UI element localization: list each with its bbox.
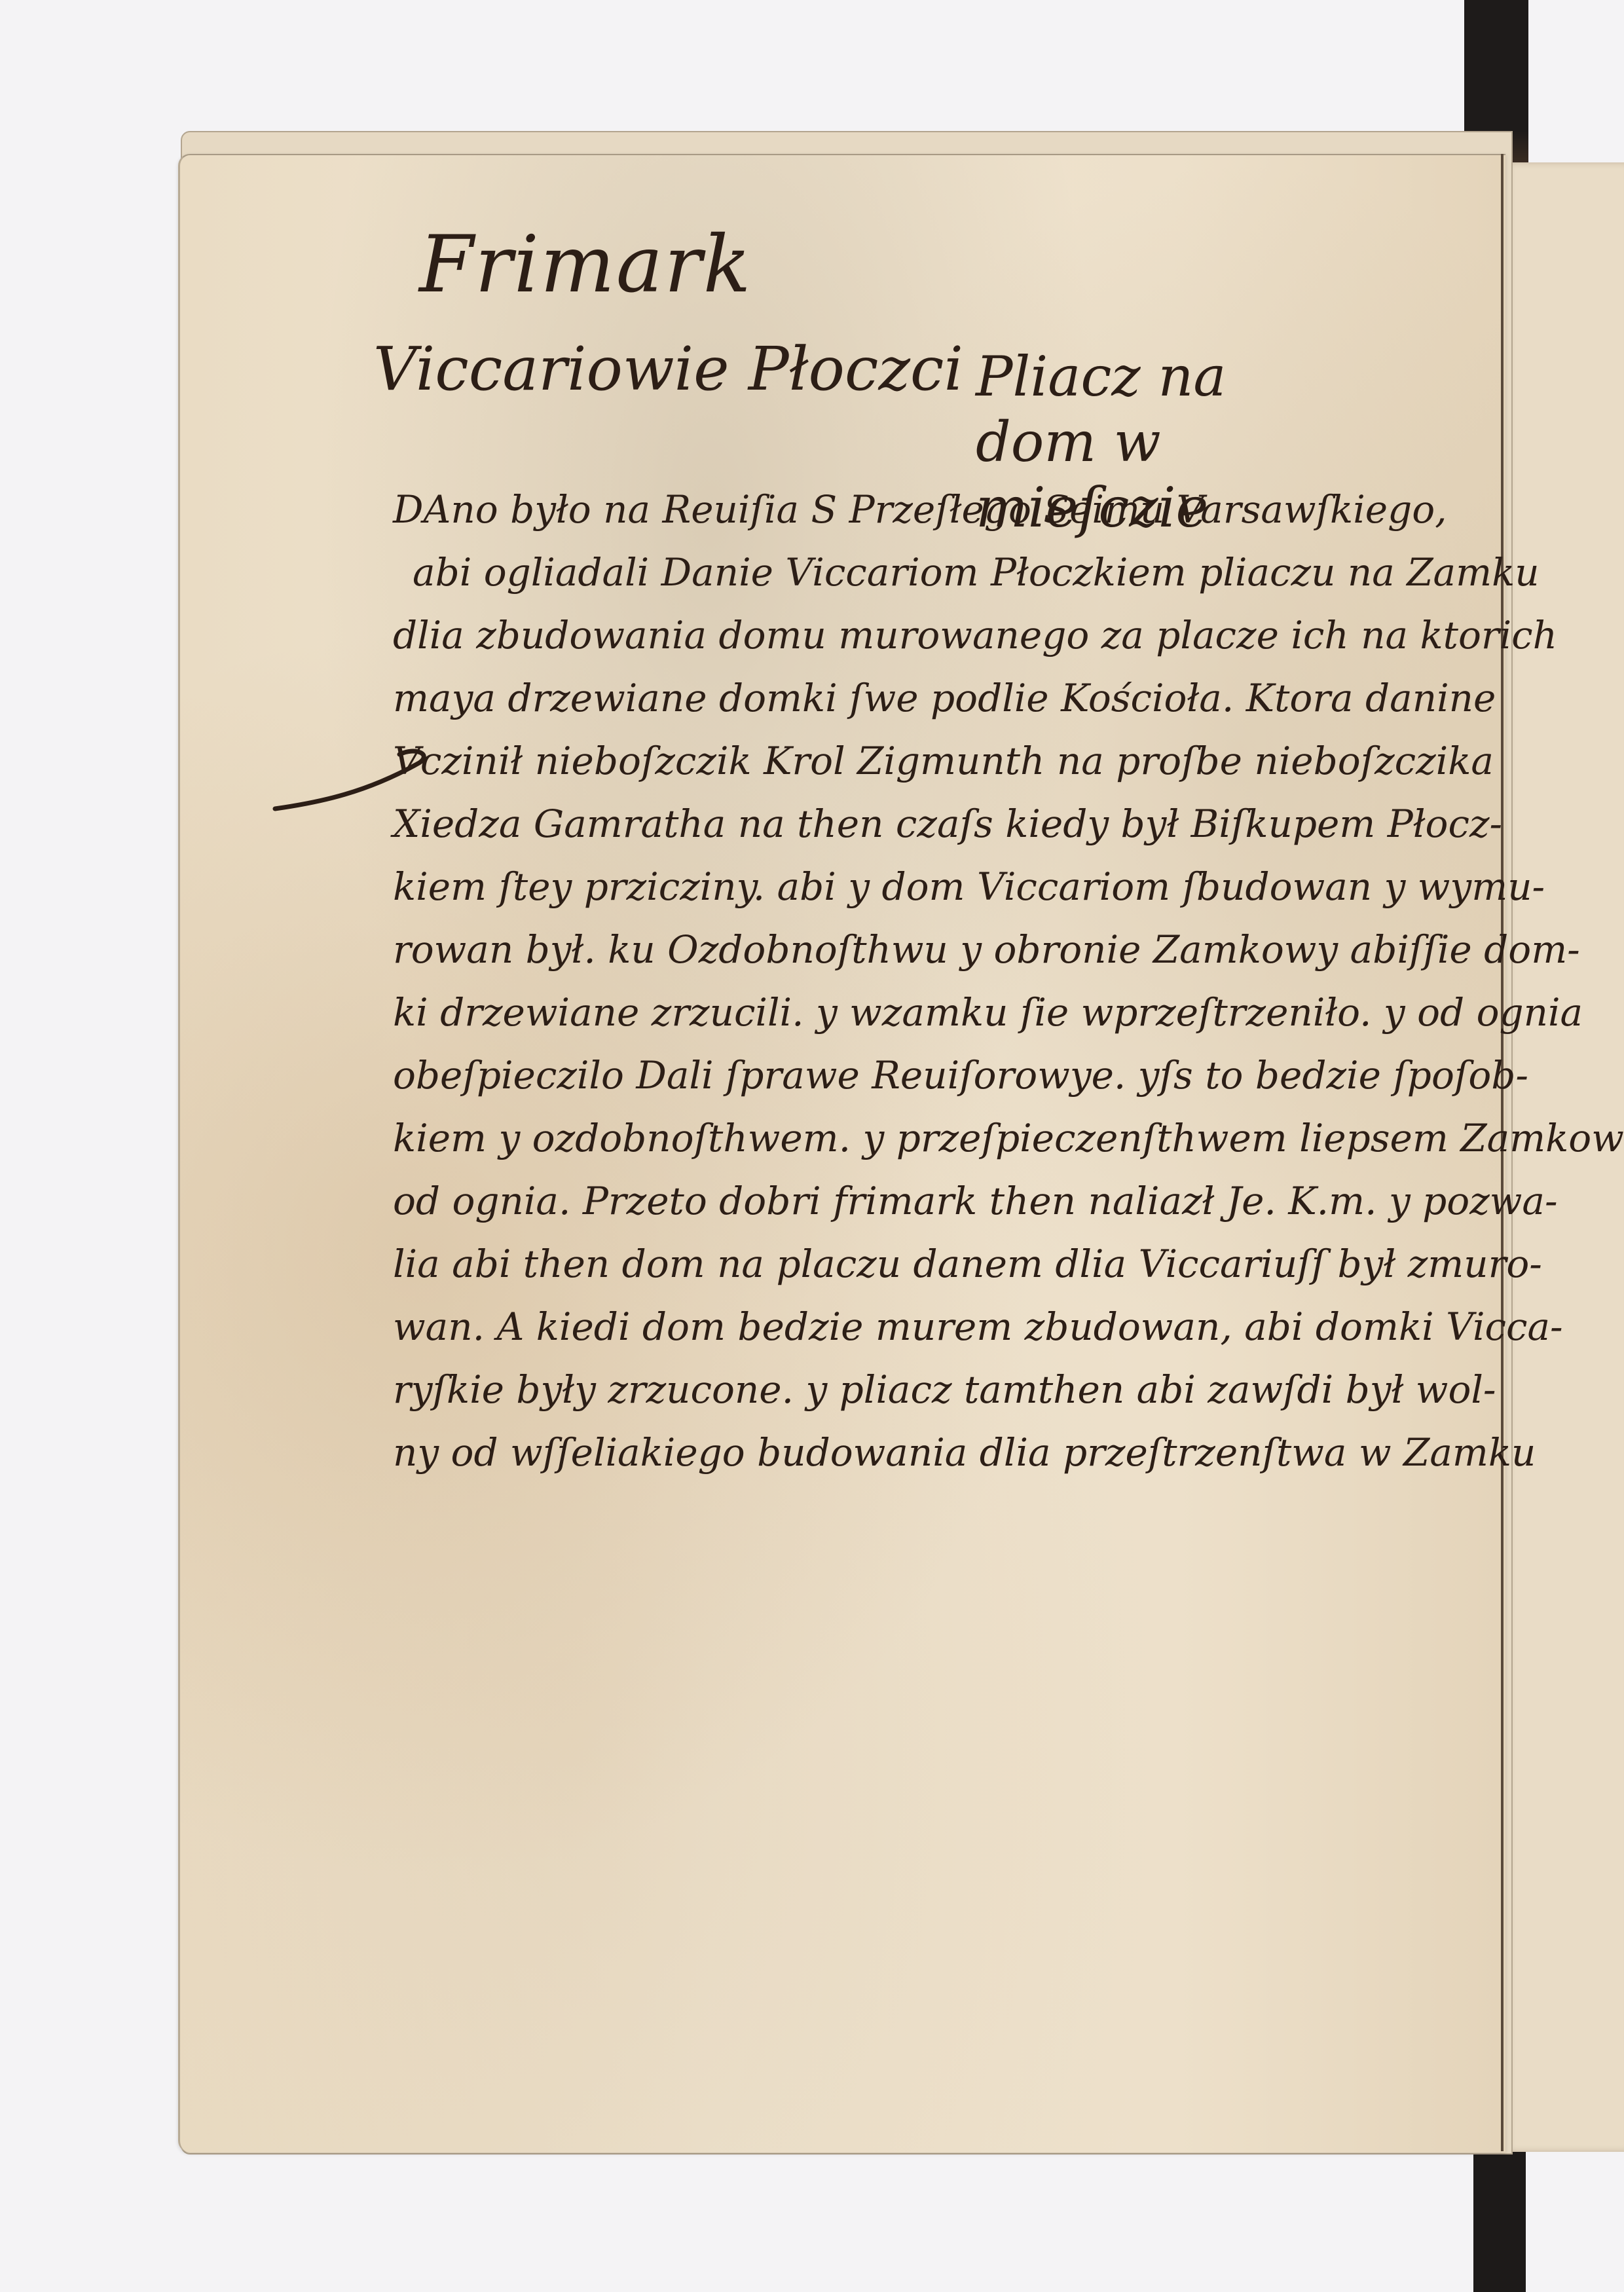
body-line: Vczinił nieboſzczik Krol Zigmunth na pro… xyxy=(393,730,1414,792)
manuscript-body: DAno było na Reuiſia S Przeſłego Seimu V… xyxy=(393,478,1414,1484)
body-line: abi ogliadali Danie Viccariom Płoczkiem … xyxy=(393,541,1414,604)
body-line: kiem y ozdobnoſthwem. y przeſpieczenſthw… xyxy=(393,1107,1414,1170)
body-line: od ognia. Przeto dobri frimark then nali… xyxy=(393,1170,1414,1232)
body-line: obeſpieczilo Dali ſprawe Reuiſorowye. yſ… xyxy=(393,1044,1414,1107)
body-line: ki drzewiane zrzucili. y wzamku ſie wprz… xyxy=(393,981,1414,1044)
body-line: ryſkie były zrzucone. y pliacz tamthen a… xyxy=(393,1358,1414,1421)
heading-frimark: Frimark xyxy=(419,219,752,310)
body-line: maya drzewiane domki ſwe podlie Kościoła… xyxy=(393,667,1414,730)
body-line: lia abi then dom na placzu danem dlia Vi… xyxy=(393,1232,1414,1295)
binding-tape-bottom xyxy=(1473,2151,1526,2292)
body-line: dlia zbudowania domu murowanego za placz… xyxy=(393,604,1414,667)
body-line: rowan był. ku Ozdobnoſthwu y obronie Zam… xyxy=(393,918,1414,981)
body-line: wan. A kiedi dom bedzie murem zbudowan, … xyxy=(393,1295,1414,1358)
body-line: kiem ſtey przicziny. abi y dom Viccariom… xyxy=(393,855,1414,918)
body-line: DAno było na Reuiſia S Przeſłego Seimu V… xyxy=(393,478,1414,541)
heading-viccariowie: Viccariowie Płoczci xyxy=(373,334,963,404)
body-line: Xiedza Gamratha na then czaſs kiedy był … xyxy=(393,792,1414,855)
body-line: ny od wſſeliakiego budowania dlia przeſt… xyxy=(393,1421,1414,1484)
